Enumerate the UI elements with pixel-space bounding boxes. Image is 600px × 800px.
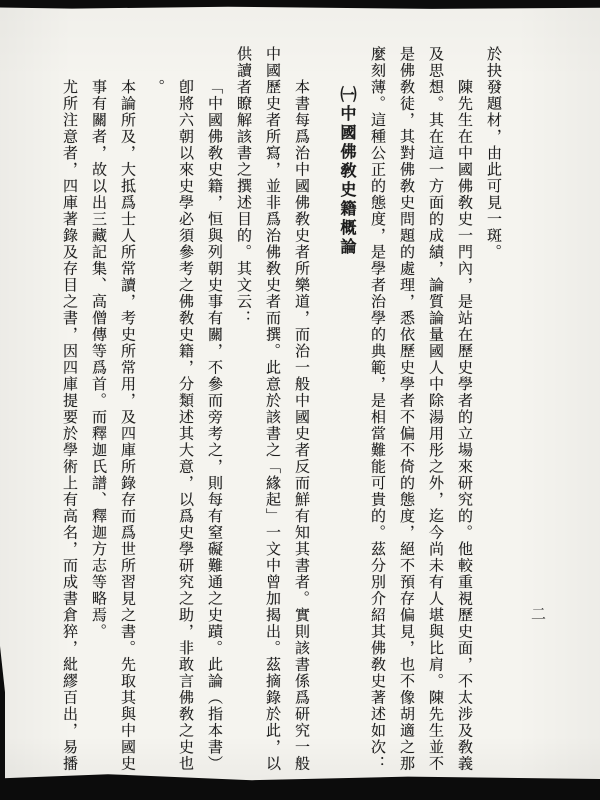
text-column: 是佛敎徒，其對佛敎史問題的處理，悉依歷史學者不偏不倚的態度，絕不預存偏見，也不像… [398,46,413,774]
text-column: 麼刻薄。這種公正的態度，是學者治學的典範，是相當難能可貴的。茲分別介紹其佛敎史著… [369,46,384,774]
text-column: 供讀者瞭解該書之撰述目的。其文云： [235,46,250,774]
text-column: 陳先生在中國佛敎史一門內，是站在歷史學者的立場來研究的。他較重視歷史面，不太涉及… [456,46,471,774]
text-column: 本論所及，大抵爲士人所常讀，考史所常用，及四庫所錄存而爲世所習見之書。先取其與中… [119,46,134,774]
text-column: 事有關者，故以出三藏記集、高僧傳等爲首。而釋迦氏譜、釋迦方志等略焉。 [90,46,105,774]
scanned-page: 於抉發題材，由此可見一斑。陳先生在中國佛敎史一門內，是站在歷史學者的立場來研究的… [0,0,600,800]
text-block: 於抉發題材，由此可見一斑。陳先生在中國佛敎史一門內，是站在歷史學者的立場來研究的… [47,46,500,774]
text-column: 卽將六朝以來史學必須參考之佛敎史籍，分類述其大意，以爲史學研究之助，非敢言佛敎之… [177,46,192,774]
text-column: 本書每爲治中國佛敎史者所樂道，而治一般中國史者反而鮮有知其書者。實則該書係爲研究… [293,46,308,774]
section-heading: ㈠中國佛敎史籍概論 [338,46,355,774]
page-number: 二 [527,606,548,623]
scan-edge-bottom [0,770,600,800]
text-column: 於抉發題材，由此可見一斑。 [485,46,500,774]
text-column: 尤所注意者，四庫著錄及存目之書，因四庫提要於學術上有高名，而成書倉猝，紕繆百出，… [61,46,76,774]
scan-edge-top [0,0,600,13]
text-column: 中國歷史者所寫，並非爲治佛敎史者而撰。此意於該書之「緣起」一文中曾加揭出。茲摘錄… [264,46,279,774]
text-column: 「中國佛敎史籍，恒與列朝史事有關，不參而旁考之，則每有窒礙難通之史蹟。此論（指本… [206,46,221,774]
text-column: 及思想。其在這一方面的成績，論質論量國人中除湯用彤之外，迄今尚未有人堪與比肩。陳… [427,46,442,774]
scan-edge-left [0,646,5,800]
text-column: 。 [148,46,163,774]
